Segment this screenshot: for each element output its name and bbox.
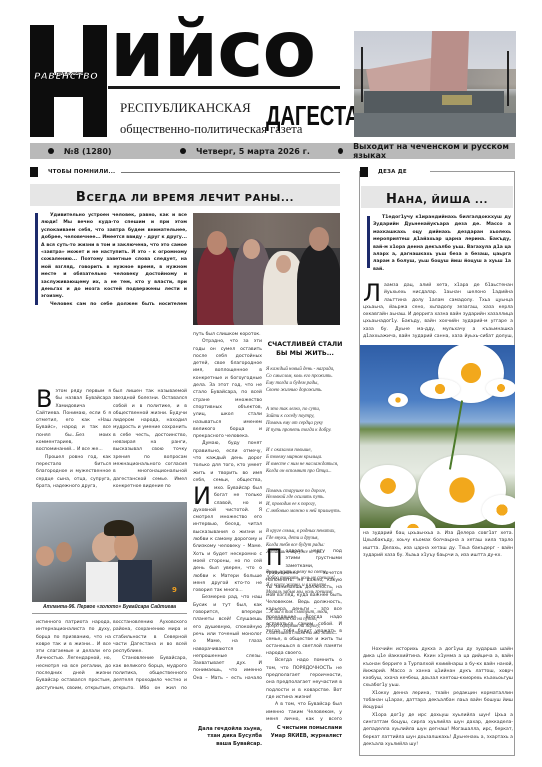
bullet-icon [48, 148, 54, 154]
signature-author: Умар ЯКИЕВ, журналист [266, 732, 342, 740]
photo-shirt [86, 562, 118, 602]
right-paragraph-2-text: на зударий бац цхьаьнхьа а. Иза Делера с… [363, 531, 513, 558]
right-paragraph-1: Л аамза дац, алий хета, х1ара де б1аьсте… [363, 282, 513, 340]
column-3-lower: И мхо. Бувайсар был богат не только слав… [193, 485, 262, 680]
poem: Я каждый новый день - награда, Со смысло… [266, 360, 344, 512]
col2-lower-paragraph-2: Становление Бувайсара, как великого борц… [113, 655, 187, 691]
poem-title: СЧАСТЛИВЕЙ СТАЛИ БЫ МЫ ЖИТЬ... [265, 341, 345, 358]
issue-languages: Выходит на чеченском и русском языках [338, 142, 515, 160]
photo-hair [104, 520, 134, 536]
col4-paragraph-3: А в том, что Бувайсар был именно таким Ч… [266, 701, 342, 722]
col1-lower-paragraph: истинного патриота народа, интернационал… [36, 620, 111, 691]
right-paragraph-3: Нохчийн историхь дукха а дог1уш ду зудар… [363, 646, 513, 690]
article-headline: НАНА, ЙИША ... [386, 188, 488, 207]
poem-stanza: Помочь старушке по дороге, Неловкой где … [266, 489, 344, 517]
col2-paragraph: был лишен так называемой звездной болезн… [113, 389, 187, 489]
lead-paragraph-1: Удивительно устроен человек, равно, как … [41, 212, 187, 301]
poem-stanza: Я каждый новый день - награда, Со смысло… [266, 367, 344, 395]
daisy-flower [388, 393, 408, 407]
monument-photo [354, 31, 516, 137]
issue-date-text: Четверг, 5 марта 2026 г. [196, 147, 310, 156]
dropcap: П [266, 549, 283, 569]
dropcap: И [193, 486, 211, 506]
logo-ravenstvo: РАВЕНСТВО [34, 72, 98, 82]
col3-paragraph-2: Отрадно, что за эти годы он сумел остави… [193, 338, 262, 440]
lead-bar [367, 216, 370, 268]
article-lead: Удивительно устроен человек, равно, как … [41, 212, 187, 308]
column-1-lower: истинного патриота народа, интернационал… [36, 619, 111, 691]
caption-rule [32, 613, 187, 614]
photo-number: 9 [172, 586, 177, 594]
photo-planter [442, 95, 472, 105]
article-headline: ВСЕГДА ЛИ ВРЕМЯ ЛЕЧИТ РАНЫ... [76, 186, 294, 205]
subtitle-line-1: РЕСПУБЛИКАНСКАЯ [120, 100, 251, 116]
photo-jacket [118, 560, 152, 602]
right-paragraphs-lower: Нохчийн историхь дукха а дог1уш ду зудар… [363, 646, 513, 750]
headline-rest: АНА, ЙИША ... [397, 195, 488, 206]
daisy-flower [420, 379, 460, 399]
lead-paragraph-2: Человек сам по себе должен быть носителе… [41, 301, 187, 308]
issue-number-text: №8 (1280) [64, 147, 112, 156]
column-2-upper: был лишен так называемой звездной болезн… [113, 388, 187, 490]
right-paragraph-2: на зударий бац цхьаьнхьа а. Иза Делера с… [363, 530, 513, 558]
person-4 [297, 243, 340, 325]
daisy-flower [360, 465, 416, 507]
section-label-right: ДЕЗА ДЕ [360, 166, 430, 178]
photo-stone-tall [430, 31, 469, 91]
poem-stanza: И с оказалом повыше, Б твоему мирном кры… [266, 448, 344, 476]
section-label-text: ЧТОБЫ ПОМНИЛИ... [48, 169, 115, 175]
headline-band-left: ВСЕГДА ЛИ ВРЕМЯ ЛЕЧИТ РАНЫ... [30, 184, 340, 206]
bullet-icon [180, 148, 186, 154]
photo-steps [354, 113, 516, 137]
person-4-face [309, 227, 329, 251]
headline-band-right: НАНА, ЙИША ... [361, 186, 513, 208]
bullet-icon [338, 148, 343, 154]
atlanta-photo: 9 [32, 502, 187, 602]
person-2-face [243, 239, 260, 259]
headline-rest: СЕГДА ЛИ ВРЕМЯ ЛЕЧИТ РАНЫ... [86, 193, 294, 204]
right-article-lead: Т1едог1учу к1ирандийнахь билгалдоккхуш д… [373, 214, 511, 272]
right-paragraph-4: Х1окху денна лерина, тхайн редакцин корм… [363, 690, 513, 712]
col3-paragraph-3: Думаю, буду понят правильно, если отмечу… [193, 440, 262, 483]
family-photo [193, 213, 340, 325]
person-1-face [207, 231, 227, 255]
right-paragraph-5: Х1ора дог1у де ирс дохьуш хуьлийла шун! … [363, 712, 513, 748]
right-paragraph-1-text: аамза дац, алий хета, х1ара де б1аьстена… [363, 283, 513, 340]
column-1-upper: В этом ряду первым я бы назвал Бувайсара… [36, 388, 111, 490]
section-rule [121, 172, 340, 173]
column-4: П одводя черту под этими грустными замет… [266, 548, 342, 722]
photo-caption: Атланта-96. Первое «золото» Бувайсара Са… [32, 604, 187, 610]
daisy-flower [482, 495, 515, 525]
lead-paragraph: Т1едог1учу к1ирандийнахь билгалдоккхуш д… [373, 214, 511, 272]
photo-lamp [361, 47, 363, 102]
daisy-photo [360, 345, 515, 528]
section-marker-icon [30, 167, 38, 177]
closing-text: Дала гечдойла хьуна, тхан дика Бусулба в… [198, 726, 262, 747]
col4-paragraph-2: Всегда надо помнить о том, что ПОРЯДОЧНО… [266, 657, 342, 701]
signature-line-1: С чистыми помыслами [266, 724, 342, 732]
title-rule [108, 86, 340, 89]
section-label-left: ЧТОБЫ ПОМНИЛИ... [30, 166, 340, 178]
col2-lower-paragraph-1: восстановлению Ауховского района, сохран… [113, 620, 187, 654]
issue-info-bar: №8 (1280) Четверг, 5 марта 2026 г. Выход… [30, 143, 515, 159]
section-marker-icon [360, 167, 368, 177]
photo-lamp [507, 51, 509, 106]
issue-date: Четверг, 5 марта 2026 г. [180, 147, 310, 156]
col3-closing: Дала гечдойла хьуна, тхан дика Бусулба в… [193, 726, 262, 750]
newspaper-title: ийсо [110, 10, 315, 90]
masthead: РАВЕНСТВО ийсо РЕСПУБЛИКАНСКАЯ обществен… [0, 0, 542, 142]
person-1 [197, 243, 237, 325]
dropcap: В [36, 389, 52, 409]
col1-paragraph-2: Прошел ровно год, как перестало биться б… [36, 454, 111, 490]
column-2-lower: восстановлению Ауховского района, сохран… [113, 619, 187, 691]
person-3-face [276, 255, 291, 273]
lead-bar [35, 213, 38, 305]
col3-paragraph-5: Безмерно рад, что наш Бусик и тут был, к… [193, 594, 262, 680]
col3-paragraph-1: путь был слишком короток. [193, 332, 261, 337]
column-3-upper: путь был слишком короток. Отрадно, что з… [193, 331, 262, 483]
daisy-flower [486, 379, 515, 397]
headline-cap: Н [386, 192, 397, 207]
section-label-text: ДЕЗА ДЕ [378, 169, 407, 175]
dropcap: Л [363, 283, 381, 303]
issue-number: №8 (1280) [48, 147, 112, 156]
issue-languages-text: Выходит на чеченском и русском языках [353, 142, 515, 160]
poem-stanza: А это так легко, по сути, Зайти к соседу… [266, 407, 344, 435]
photo-face [36, 546, 54, 566]
article-signature: С чистыми помыслами Умар ЯКИЕВ, журналис… [266, 724, 342, 742]
headline-cap: В [76, 190, 87, 205]
photo-face [56, 542, 72, 562]
